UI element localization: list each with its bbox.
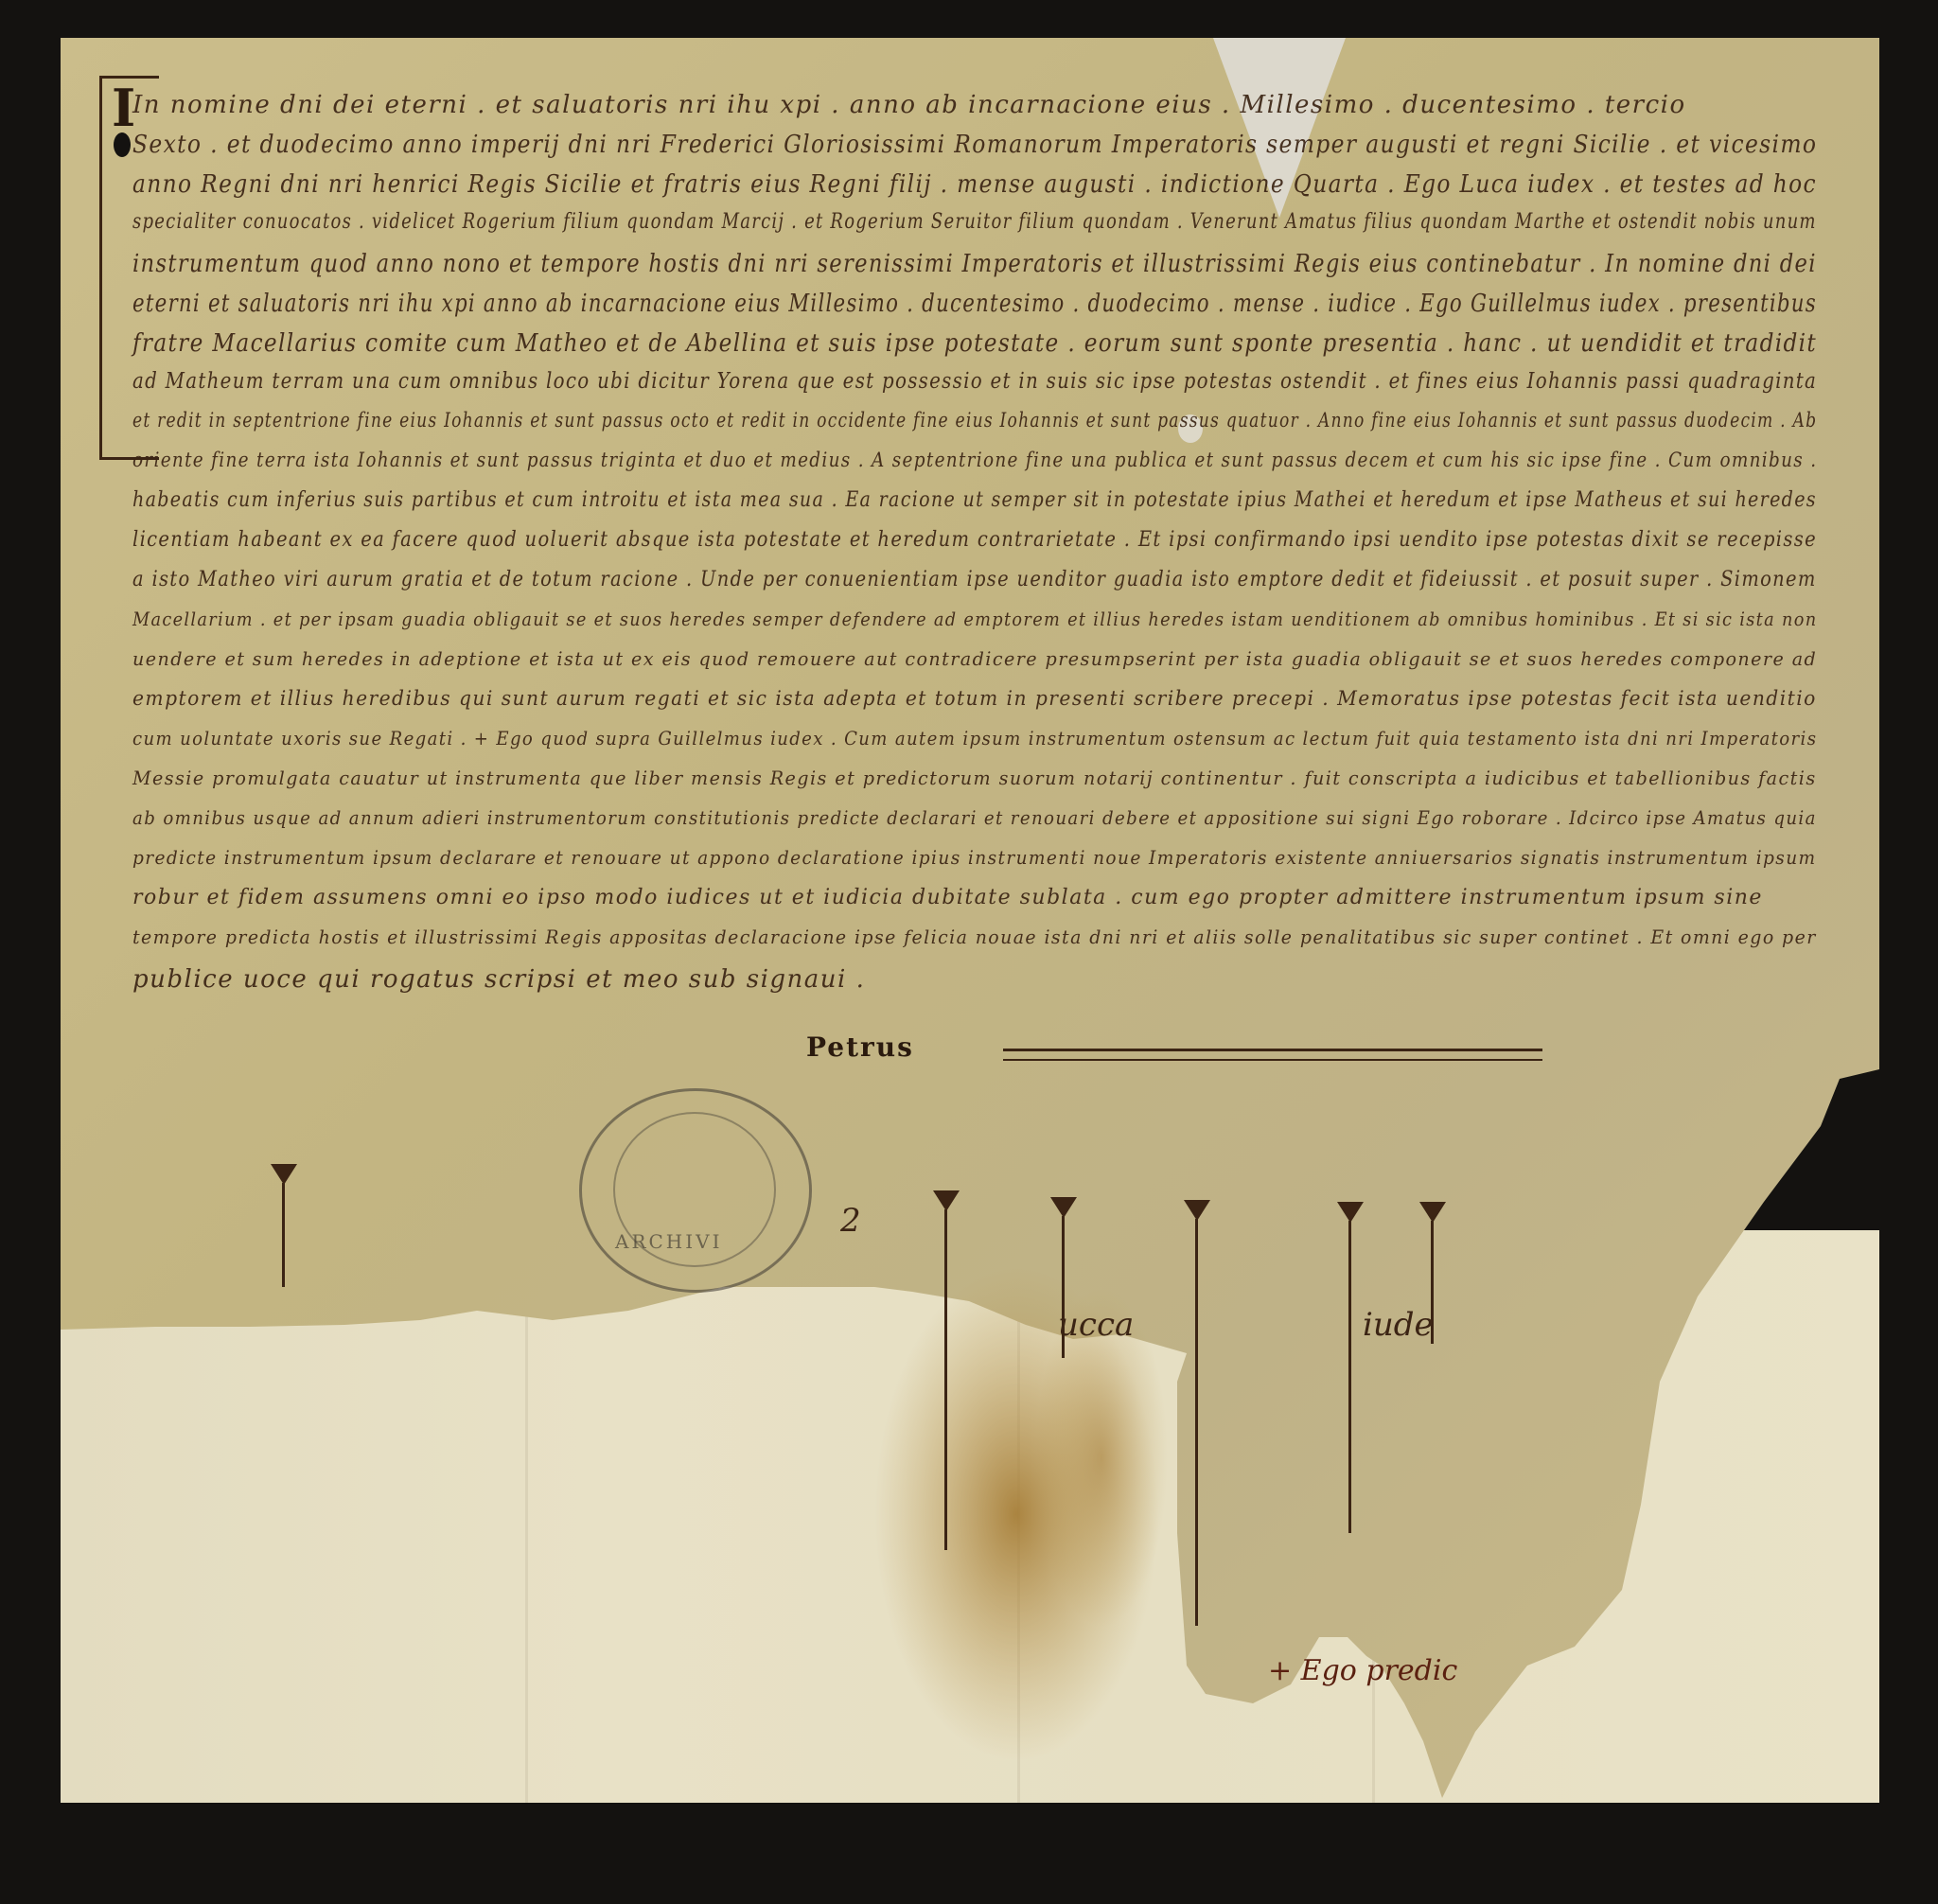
witness-mark-icon bbox=[271, 1164, 297, 1185]
text-line: specialiter conuocatos . videlicet Roger… bbox=[132, 210, 1817, 234]
witness-mark-text: 2 bbox=[840, 1202, 861, 1240]
text-line: instrumentum quod anno nono et tempore h… bbox=[132, 250, 1817, 278]
witness-stem bbox=[282, 1183, 285, 1287]
witness-stem bbox=[1348, 1221, 1351, 1533]
text-line: uendere et sum heredes in adeptione et i… bbox=[132, 647, 1817, 670]
witness-mark-icon bbox=[1337, 1202, 1364, 1223]
text-line: cum uoluntate uxoris sue Regati . + Ego … bbox=[132, 727, 1817, 749]
text-line: et redit in septentrione fine eius Iohan… bbox=[132, 409, 1817, 432]
text-line: ad Matheum terram una cum omnibus loco u… bbox=[132, 369, 1817, 394]
text-line: licentiam habeant ex ea facere quod uolu… bbox=[132, 528, 1817, 552]
text-line: publice uoce qui rogatus scripsi et meo … bbox=[132, 965, 865, 994]
text-line: ab omnibus usque ad annum adieri instrum… bbox=[132, 806, 1817, 829]
text-line: predicte instrumentum ipsum declarare et… bbox=[132, 846, 1817, 869]
text-line: habeatis cum inferius suis partibus et c… bbox=[132, 488, 1817, 512]
text-line: a isto Matheo viri aurum gratia et de to… bbox=[132, 568, 1817, 591]
text-line: anno Regni dni nri henrici Regis Sicilie… bbox=[132, 170, 1817, 199]
text-line: eterni et saluatoris nri ihu xpi anno ab… bbox=[132, 290, 1817, 318]
witness-mark-icon bbox=[933, 1190, 960, 1211]
archive-stamp-text: ARCHIVI bbox=[615, 1230, 723, 1253]
witness-stem bbox=[944, 1209, 947, 1550]
witness-mark-icon bbox=[1050, 1197, 1077, 1218]
text-line: fratre Macellarius comite cum Matheo et … bbox=[132, 329, 1817, 358]
text-line: oriente fine terra ista Iohannis et sunt… bbox=[132, 449, 1817, 471]
text-line: Messie promulgata cauatur ut instrumenta… bbox=[132, 767, 1817, 789]
witness-mark-text: ucca bbox=[1058, 1306, 1134, 1344]
text-line: In nomine dni dei eterni . et saluatoris… bbox=[132, 91, 1686, 119]
text-line: Sexto . et duodecimo anno imperij dni nr… bbox=[132, 131, 1817, 159]
bottom-annotation: + Ego predic bbox=[1268, 1654, 1457, 1687]
text-line: emptorem et illius heredibus qui sunt au… bbox=[132, 687, 1817, 710]
text-line: robur et fidem assumens omni eo ipso mod… bbox=[132, 886, 1763, 909]
text-line: tempore predicta hostis et illustrissimi… bbox=[132, 926, 1817, 948]
witness-mark-text: iude bbox=[1363, 1306, 1434, 1344]
notary-signature: Petrus bbox=[806, 1031, 914, 1063]
witness-stem bbox=[1195, 1219, 1198, 1626]
notary-flourish-line bbox=[1003, 1049, 1542, 1061]
witness-mark-icon bbox=[1184, 1200, 1210, 1221]
text-line: Macellarium . et per ipsam guadia obliga… bbox=[132, 608, 1817, 630]
witness-mark-icon bbox=[1419, 1202, 1446, 1223]
